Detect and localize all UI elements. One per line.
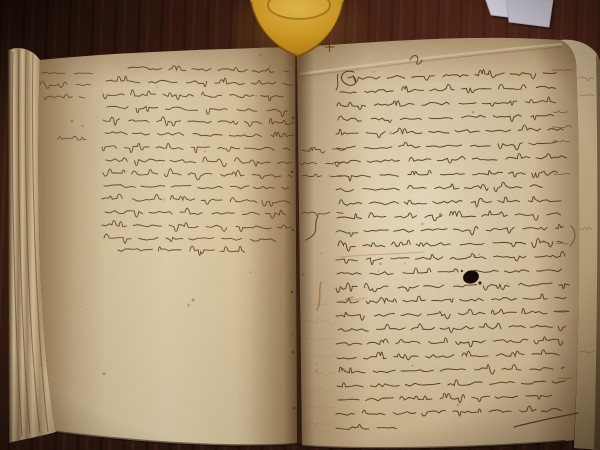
photo-vignette bbox=[0, 0, 600, 450]
manuscript-scene bbox=[0, 0, 600, 450]
manuscript-photo bbox=[0, 0, 600, 450]
